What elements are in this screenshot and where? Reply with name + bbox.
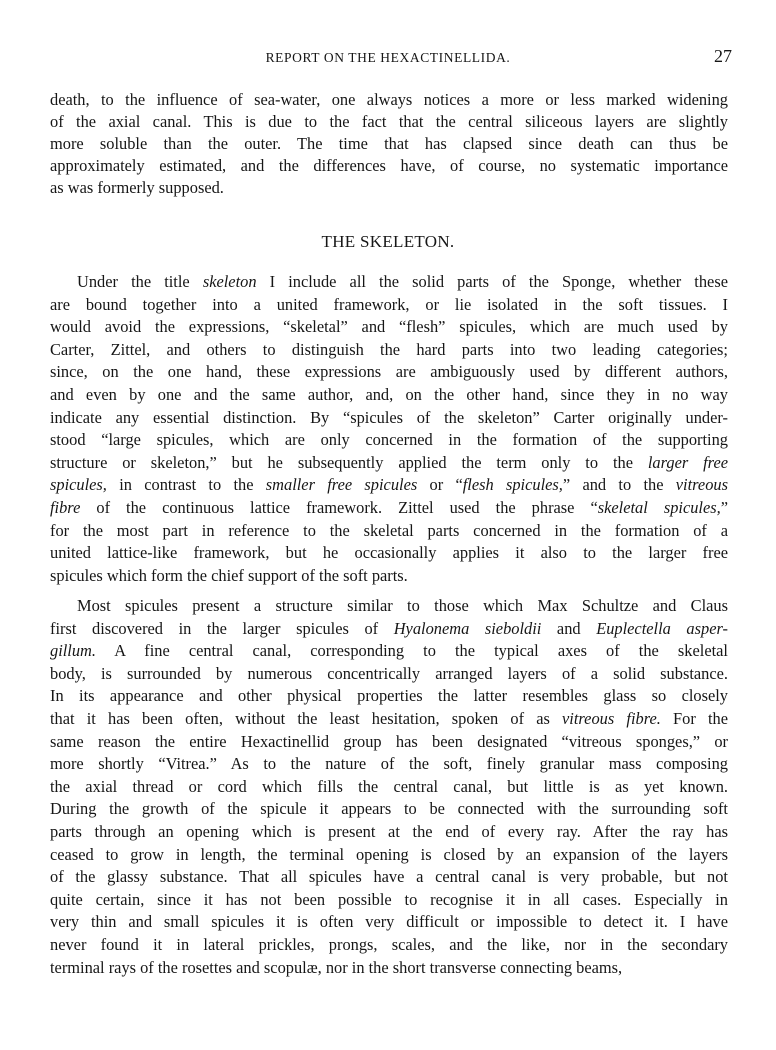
text-line: spicules, in contrast to the smaller fre… [50, 474, 728, 496]
text-line: of the glassy substance. That all spicul… [50, 866, 728, 888]
text-line: that it has been often, without the leas… [50, 708, 728, 730]
document-page: REPORT ON THE HEXACTINELLIDA. 27 death, … [0, 0, 776, 1050]
text-line: same reason the entire Hexactinellid gro… [50, 731, 728, 753]
text-line: fibre of the continuous lattice framewor… [50, 497, 728, 519]
text-line: united lattice-like framework, but he oc… [50, 542, 728, 564]
text-line: death, to the influence of sea-water, on… [50, 89, 728, 111]
text-line: more shortly “Vitrea.” As to the nature … [50, 753, 728, 775]
text-line: very thin and small spicules it is often… [50, 911, 728, 933]
italic-term: Euplectella asper- [596, 619, 728, 638]
italic-term: flesh spicules, [463, 475, 563, 494]
text-line: since, on the one hand, these expression… [50, 361, 728, 383]
page-number: 27 [714, 46, 732, 67]
text-line: would avoid the expressions, “skeletal” … [50, 316, 728, 338]
italic-term: fibre [50, 498, 80, 517]
text-line: the axial thread or cord which fills the… [50, 776, 728, 798]
text-line: of the axial canal. This is due to the f… [50, 111, 728, 133]
section-heading: THE SKELETON. [0, 232, 776, 252]
text-line: never found it in lateral prickles, pron… [50, 934, 728, 956]
running-title: REPORT ON THE HEXACTINELLIDA. [0, 50, 776, 66]
text-line: are bound together into a united framewo… [50, 294, 728, 316]
italic-term: gillum. [50, 641, 96, 660]
text-line: Most spicules present a structure simila… [77, 595, 728, 617]
text-line: spicules which form the chief support of… [50, 565, 728, 587]
italic-term: vitreous [676, 475, 728, 494]
text-line: Under the title skeleton I include all t… [77, 271, 728, 293]
text-line: as was formerly supposed. [50, 177, 728, 199]
text-line: first discovered in the larger spicules … [50, 618, 728, 640]
text-line: parts through an opening which is presen… [50, 821, 728, 843]
text-line: Carter, Zittel, and others to distinguis… [50, 339, 728, 361]
text-line: for the most part in reference to the sk… [50, 520, 728, 542]
italic-term: vitreous fibre. [562, 709, 661, 728]
text-line: body, is surrounded by numerous concentr… [50, 663, 728, 685]
text-line: indicate any essential distinction. By “… [50, 407, 728, 429]
text-line: approximately estimated, and the differe… [50, 155, 728, 177]
text-line: quite certain, since it has not been pos… [50, 889, 728, 911]
text-line: gillum. A fine central canal, correspond… [50, 640, 728, 662]
italic-term: skeletal spicules, [598, 498, 721, 517]
italic-term: smaller free spicules [266, 475, 417, 494]
running-head: REPORT ON THE HEXACTINELLIDA. 27 [0, 44, 776, 68]
text-line: In its appearance and other physical pro… [50, 685, 728, 707]
text-line: ceased to grow in length, the terminal o… [50, 844, 728, 866]
italic-term: skeleton [203, 272, 257, 291]
text-line: terminal rays of the rosettes and scopul… [50, 957, 728, 979]
text-line: stood “large spicules, which are only co… [50, 429, 728, 451]
italic-term: larger free [648, 453, 728, 472]
text-line: structure or skeleton,” but he subsequen… [50, 452, 728, 474]
italic-term: spicules, [50, 475, 107, 494]
text-line: and even by one and the same author, and… [50, 384, 728, 406]
italic-term: Hyalonema sieboldii [394, 619, 542, 638]
text-line: more soluble than the outer. The time th… [50, 133, 728, 155]
text-line: During the growth of the spicule it appe… [50, 798, 728, 820]
